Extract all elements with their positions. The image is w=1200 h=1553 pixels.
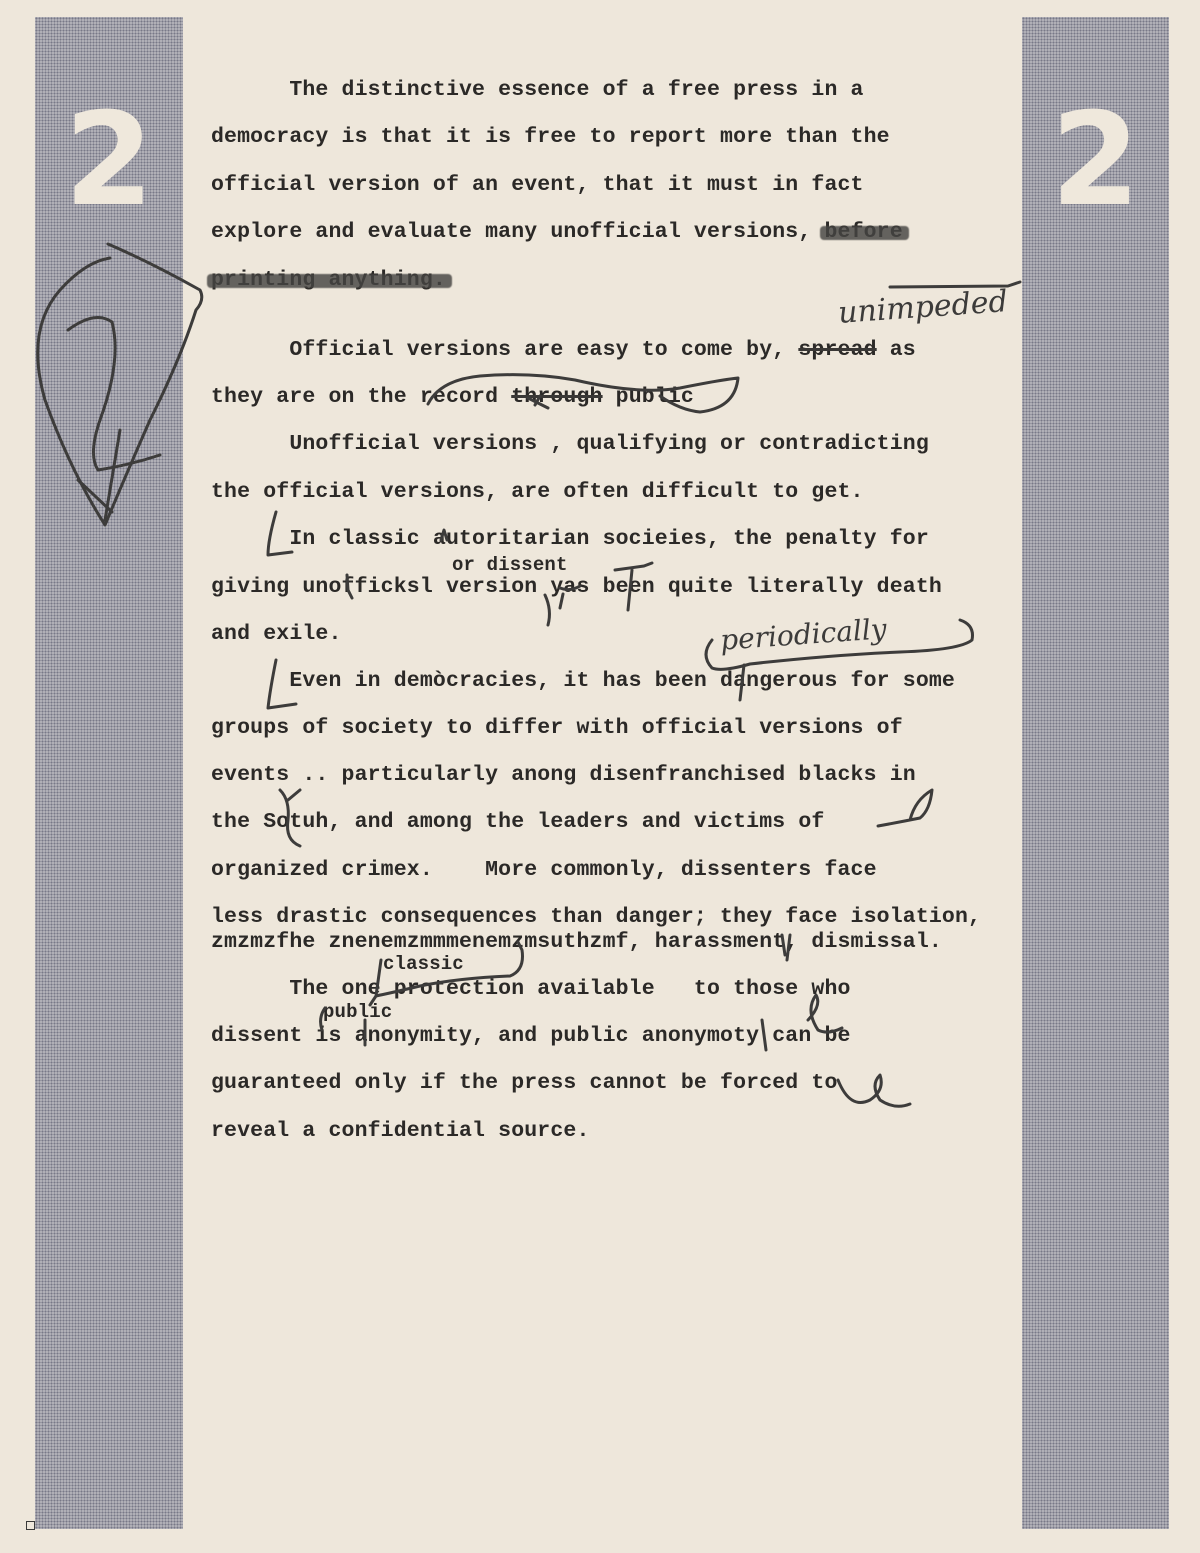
typed-text: and exile. bbox=[211, 622, 342, 646]
typed-insertion-public: public bbox=[323, 1000, 392, 1024]
typed-text: The one protection available to those wh… bbox=[211, 977, 851, 1001]
typed-line: In classic autoritarian socieies, the pe… bbox=[211, 527, 929, 551]
typed-text: dissent is anonymity, and public anonymo… bbox=[211, 1024, 851, 1048]
typed-text: The distinctive essence of a free press … bbox=[211, 78, 864, 102]
typed-text: events .. particularly anong disenfranch… bbox=[211, 763, 916, 787]
typed-line: less drastic consequences than danger; t… bbox=[211, 905, 981, 929]
typed-text: as bbox=[890, 338, 916, 362]
typed-line: explore and evaluate many unofficial ver… bbox=[211, 220, 903, 244]
left-halftone-band: 2 bbox=[35, 17, 183, 1529]
typed-line: organized crimex. More commonly, dissent… bbox=[211, 858, 877, 882]
struck-text: through bbox=[511, 385, 602, 409]
typed-text: groups of society to differ with officia… bbox=[211, 716, 903, 740]
struck-text: spread bbox=[798, 338, 876, 362]
typed-text: organized crimex. More commonly, dissent… bbox=[211, 858, 877, 882]
typed-text: zmzmzfhe znenemzmmmenemzmsuthzmf, harass… bbox=[211, 930, 942, 954]
handwritten-note-periodically: periodically bbox=[719, 612, 888, 657]
typed-line: the Sotuh, and among the leaders and vic… bbox=[211, 810, 824, 834]
typed-text: giving unofficksl version yas been quite… bbox=[211, 575, 942, 599]
typed-text: democracy is that it is free to report m… bbox=[211, 125, 890, 149]
typed-text: they are on the record bbox=[211, 385, 498, 409]
right-halftone-band: 2 bbox=[1022, 17, 1169, 1529]
typed-line: Even in demòcracies, it has been dangero… bbox=[211, 669, 955, 693]
typed-text: Unofficial versions , qualifying or cont… bbox=[211, 432, 929, 456]
typed-insertion-or-dissent: or dissent bbox=[452, 553, 568, 577]
typed-text: the Sotuh, and among the leaders and vic… bbox=[211, 810, 824, 834]
typed-text: the official versions, are often difficu… bbox=[211, 480, 864, 504]
page-number-right: 2 bbox=[1022, 97, 1169, 225]
typed-line: Official versions are easy to come by, s… bbox=[211, 338, 916, 362]
corner-registration-mark bbox=[26, 1521, 35, 1530]
typed-line: reveal a confidential source. bbox=[211, 1119, 590, 1143]
typed-line: Unofficial versions , qualifying or cont… bbox=[211, 432, 929, 456]
typed-text: official version of an event, that it mu… bbox=[211, 173, 864, 197]
typed-text: In classic autoritarian socieies, the pe… bbox=[211, 527, 929, 551]
typed-text: Even in demòcracies, it has been dangero… bbox=[211, 669, 955, 693]
struck-text: printing anything. bbox=[211, 268, 446, 292]
typed-line: official version of an event, that it mu… bbox=[211, 173, 864, 197]
typed-line: zmzmzfhe znenemzmmmenemzmsuthzmf, harass… bbox=[211, 930, 942, 954]
typed-line: and exile. bbox=[211, 622, 342, 646]
typed-text: Official versions are easy to come by, bbox=[211, 338, 785, 362]
page-number-left: 2 bbox=[35, 97, 183, 225]
typed-line: events .. particularly anong disenfranch… bbox=[211, 763, 916, 787]
typed-text: guaranteed only if the press cannot be f… bbox=[211, 1071, 838, 1095]
typed-line: the official versions, are often difficu… bbox=[211, 480, 864, 504]
typed-line: The distinctive essence of a free press … bbox=[211, 78, 864, 102]
typed-text: less drastic consequences than danger; t… bbox=[211, 905, 981, 929]
typed-text: reveal a confidential source. bbox=[211, 1119, 590, 1143]
typed-line: giving unofficksl version yas been quite… bbox=[211, 575, 942, 599]
typed-insertion-classic: classic bbox=[383, 952, 464, 976]
typed-text: explore and evaluate many unofficial ver… bbox=[211, 220, 811, 244]
handwritten-note-unimpeded: unimpeded bbox=[837, 284, 1009, 331]
typed-line: printing anything. bbox=[211, 268, 446, 292]
typed-text: public bbox=[616, 385, 694, 409]
typed-line: dissent is anonymity, and public anonymo… bbox=[211, 1024, 851, 1048]
typed-line: they are on the record through public bbox=[211, 385, 694, 409]
typed-line: The one protection available to those wh… bbox=[211, 977, 851, 1001]
typed-line: guaranteed only if the press cannot be f… bbox=[211, 1071, 838, 1095]
typed-line: groups of society to differ with officia… bbox=[211, 716, 903, 740]
struck-text: before bbox=[824, 220, 902, 244]
typed-line: democracy is that it is free to report m… bbox=[211, 125, 890, 149]
